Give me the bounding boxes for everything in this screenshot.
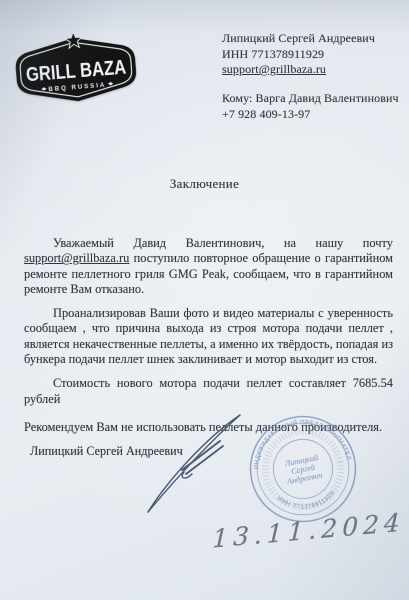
- letter-title: Заключение: [0, 176, 409, 192]
- paragraph-1-text: Уважаемый Давид Валентинович, на нашу по…: [53, 236, 393, 250]
- letter-photo: GRILL BAZA BBQ RUSSIA Липицкий Сергей Ан…: [0, 0, 409, 600]
- handwritten-signature: [138, 408, 252, 520]
- signature-stroke-slash2: [186, 446, 223, 474]
- stamp-ring-bottom-text: ИНН 771378911929: [275, 485, 339, 517]
- recipient-block: Кому: Варга Давид Валентинович +7 928 40…: [222, 91, 399, 122]
- signature-stroke-slash1: [182, 441, 220, 470]
- signature-stroke-lower: [148, 415, 240, 512]
- grillbaza-logo: GRILL BAZA BBQ RUSSIA: [7, 25, 145, 116]
- paragraph-1: Уважаемый Давид Валентинович, на нашу по…: [24, 236, 393, 297]
- paragraph-2: Проанализировав Ваши фото и видео матери…: [24, 306, 393, 367]
- sender-inn: ИНН 771378911929: [222, 47, 375, 63]
- sender-email: support@grillbaza.ru: [222, 62, 375, 78]
- recipient-to: Кому: Варга Давид Валентинович: [222, 91, 399, 107]
- badge-graphic: GRILL BAZA BBQ RUSSIA: [7, 25, 145, 116]
- recipient-phone: +7 928 409-13-97: [222, 107, 399, 123]
- paragraph-1-email: support@grillbaza.ru: [24, 251, 129, 265]
- signature-stroke-upper: [148, 415, 240, 512]
- svg-text:ИНН 771378911929: ИНН 771378911929: [275, 485, 339, 517]
- sender-block: Липицкий Сергей Андреевич ИНН 7713789119…: [222, 31, 375, 78]
- sender-name: Липицкий Сергей Андреевич: [222, 31, 375, 47]
- paragraph-3: Стоимость нового мотора подачи пеллет со…: [24, 376, 393, 407]
